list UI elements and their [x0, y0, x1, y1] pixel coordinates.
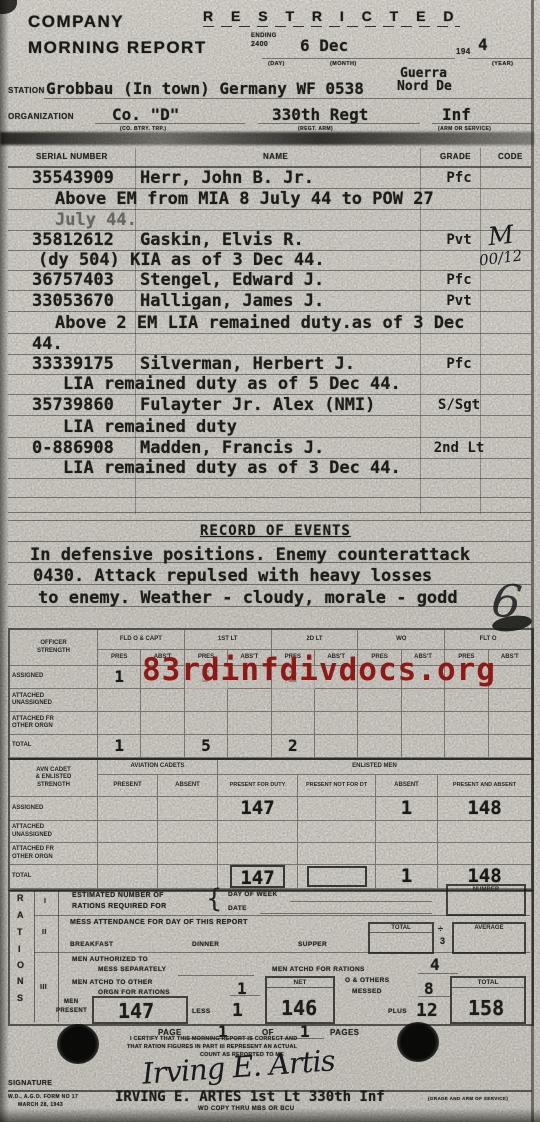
cell-empty	[376, 821, 438, 843]
column-rule	[34, 890, 35, 1022]
rule-line	[258, 123, 420, 124]
subcol-present-not-for-duty: PRESENT NOT FOR DT	[298, 775, 376, 797]
cell-empty	[272, 689, 315, 712]
cell-empty	[445, 735, 488, 758]
cell-empty	[402, 689, 445, 712]
value-cell: 1	[98, 666, 141, 689]
net-label: NET	[267, 979, 333, 988]
year-caption: (YEAR)	[492, 61, 513, 67]
note: Above 2 EM LIA remained duty.as of 3 Dec	[55, 313, 464, 333]
note: Above EM from MIA 8 July 44 to POW 27	[55, 189, 434, 209]
rule-line	[262, 58, 455, 59]
scan-blot-top-left	[0, 0, 17, 14]
roster-header-row: SERIAL NUMBER NAME GRADE CODE	[8, 148, 531, 168]
brace-glyph: {	[206, 884, 223, 914]
rations-total-box: TOTAL 158	[450, 976, 526, 1024]
mess-attendance-title: MESS ATTENDANCE FOR DAY OF THIS REPORT	[70, 919, 248, 926]
value-cell-boxed: 147	[218, 865, 298, 889]
copy-routing-note: WD COPY THRU MBS OR BCU	[198, 1106, 294, 1112]
col-grade: GRADE	[440, 152, 471, 161]
label-line: UNASSIGNED	[12, 700, 52, 707]
label-line: ATTACHED	[12, 693, 44, 700]
grade-arm-caption: (GRADE AND ARM OF SERVICE)	[428, 1096, 508, 1101]
form-title-line1: COMPANY	[28, 12, 124, 32]
col-serial-number: SERIAL NUMBER	[36, 152, 108, 161]
year-digit: 4	[478, 35, 488, 54]
col-1st-lt: 1ST LT	[185, 630, 272, 650]
cell-empty	[438, 821, 532, 843]
cell-empty	[402, 712, 445, 735]
average-label: AVERAGE	[454, 925, 524, 931]
cell-empty	[228, 689, 271, 712]
o-and-others-label1: O & OTHERS	[345, 977, 389, 984]
day-of-week-label: DAY OF WEEK	[228, 891, 278, 898]
label-line: OFFICER	[40, 640, 66, 647]
rations-letter: A	[17, 910, 24, 920]
station-value: Grobbau (In town) Germany WF 0538	[46, 79, 364, 98]
serial: 0-886908	[32, 438, 114, 458]
rule-line	[44, 98, 532, 99]
cell-empty	[315, 689, 358, 712]
rule-line	[230, 995, 260, 996]
handwritten-code-m: M	[487, 220, 516, 252]
cell-empty	[298, 821, 376, 843]
ending-time: 2400	[251, 41, 268, 48]
classification-stamp: R E S T R I C T E D	[203, 8, 460, 27]
note: LIA remained duty as of 5 Dec 44.	[63, 374, 401, 394]
name: Gaskin, Elvis R.	[140, 230, 304, 250]
part-ii-numeral: II	[42, 929, 47, 936]
subcol-absent: ABSENT	[376, 775, 438, 797]
cell-empty	[358, 689, 401, 712]
mess-total-box: TOTAL	[368, 922, 434, 954]
rations-letter: S	[17, 993, 23, 1003]
report-date: 6 Dec	[300, 36, 348, 55]
roster-note-row: LIA remained duty as of 5 Dec 44.	[8, 374, 531, 395]
rule-line	[8, 520, 531, 521]
cell-empty	[158, 821, 218, 843]
rations-letter: N	[17, 976, 24, 986]
subcol-pres: PRES	[98, 650, 141, 666]
cell-empty	[315, 712, 358, 735]
pages-label: PAGES	[330, 1028, 359, 1037]
roster-row: 35543909 Herr, John B. Jr. Pfc	[8, 168, 531, 189]
row-attached-fr-other: ATTACHED FR OTHER ORGN	[10, 712, 98, 735]
rations-letter: O	[17, 960, 24, 970]
note: (dy 504) KIA as of 3 Dec 44.	[38, 250, 325, 270]
col-code: CODE	[498, 152, 523, 161]
roster-note-row: (dy 504) KIA as of 3 Dec 44.	[8, 250, 531, 271]
roster-row: 33053670 Halligan, James J. Pvt	[8, 291, 531, 312]
value: 147	[230, 865, 284, 888]
roster-note-row: LIA remained duty	[8, 417, 531, 438]
cell-empty	[158, 843, 218, 865]
cell-empty	[98, 689, 141, 712]
cell-empty	[158, 797, 218, 821]
month-caption: (MONTH)	[330, 61, 357, 67]
note: July 44.	[55, 210, 137, 230]
cell-empty	[185, 689, 228, 712]
cell-empty	[98, 712, 141, 735]
total-label: TOTAL	[452, 979, 524, 988]
rule-line	[178, 975, 254, 976]
rule-line	[418, 973, 458, 974]
cell-empty	[298, 797, 376, 821]
events-line3: to enemy. Weather - cloudy, morale - god…	[38, 588, 458, 608]
row-total: TOTAL	[10, 735, 98, 758]
grade: 2nd Lt	[432, 438, 486, 458]
col-fldo-capt: FLD O & CAPT	[98, 630, 185, 650]
cell-empty	[445, 689, 488, 712]
enlisted-strength-header: AVN CADET & ENLISTED STRENGTH	[10, 760, 98, 797]
certify-line1: I CERTIFY THAT THIS MORNING REPORT IS CO…	[130, 1036, 297, 1042]
roster-note-row: Above 2 EM LIA remained duty.as of 3 Dec	[8, 313, 531, 334]
rule-line	[290, 901, 432, 902]
cell-empty	[402, 735, 445, 758]
total-label: TOTAL	[370, 925, 432, 933]
punch-hole-left	[57, 1024, 99, 1064]
label-line: ATTACHED FR	[12, 716, 54, 723]
officer-strength-header: OFFICER STRENGTH	[10, 630, 98, 666]
cell-empty	[98, 821, 158, 843]
name: Herr, John B. Jr.	[140, 168, 314, 188]
serial: 35543909	[32, 168, 114, 188]
label-line: ATTACHED FR	[12, 846, 54, 853]
atchd-other-label1: MEN ATCHD TO OTHER	[72, 979, 153, 986]
roster-note-row: 44.	[8, 334, 531, 355]
men-present-value: 147	[118, 999, 154, 1023]
name: Halligan, James J.	[140, 291, 324, 311]
atchd-other-label2: ORGN FOR RATIONS	[98, 989, 170, 996]
punch-hole-right	[397, 1022, 439, 1062]
cell-empty	[272, 712, 315, 735]
name: Fulayter Jr. Alex (NMI)	[140, 395, 375, 415]
cell-empty	[98, 843, 158, 865]
note: LIA remained duty	[63, 417, 237, 437]
value-cell: 1	[98, 735, 141, 758]
rations-letter: I	[18, 944, 21, 954]
cell-empty	[489, 689, 532, 712]
value-cell: 1	[376, 865, 438, 889]
rule-line	[8, 606, 531, 607]
rule-line	[8, 497, 531, 498]
cell-empty	[218, 843, 298, 865]
plus-label: PLUS	[388, 1008, 407, 1015]
rations-estimated-label2: RATIONS REQUIRED FOR	[72, 903, 167, 910]
organization-arm: Inf	[442, 105, 471, 124]
number-box: NUMBER	[446, 884, 526, 916]
serial: 35812612	[32, 230, 114, 250]
label-line: UNASSIGNED	[12, 832, 52, 839]
cell-empty	[185, 712, 228, 735]
cell-empty	[358, 712, 401, 735]
men-atchd-rations-value: 4	[430, 955, 440, 974]
part-i-numeral: I	[44, 898, 46, 905]
dinner-label: DINNER	[192, 941, 219, 948]
cell-empty	[489, 712, 532, 735]
value-cell: 148	[438, 797, 532, 821]
name: Stengel, Edward J.	[140, 270, 324, 290]
value-cell: 147	[218, 797, 298, 821]
name: Madden, Francis J.	[140, 438, 324, 458]
enlisted-strength-table: AVN CADET & ENLISTED STRENGTH AVIATION C…	[8, 758, 534, 891]
row-assigned: ASSIGNED	[10, 797, 98, 821]
cell-empty	[218, 821, 298, 843]
hand-drawn-box	[307, 866, 367, 887]
rule-line	[418, 996, 450, 997]
handwritten-signature: Irving E. Artis	[141, 1043, 336, 1090]
events-title: RECORD OF EVENTS	[200, 523, 351, 539]
men-present-box: 147	[92, 996, 188, 1024]
typed-signature: IRVING E. ARTES 1st Lt 330th Inf	[115, 1089, 385, 1105]
grade: Pvt	[432, 291, 486, 311]
note: LIA remained duty as of 3 Dec 44.	[63, 458, 401, 478]
men-authorized-label1: MEN AUTHORIZED TO	[72, 956, 148, 963]
rations-letter: R	[17, 893, 24, 903]
divisor-three: 3	[440, 936, 445, 946]
cell-empty	[228, 712, 271, 735]
subcol-present-and-absent: PRESENT AND ABSENT	[438, 775, 532, 797]
rule-line	[468, 58, 532, 59]
less-value: 1	[232, 1000, 243, 1021]
cell-empty	[376, 843, 438, 865]
label-line: OTHER ORGN	[12, 723, 53, 730]
value-cell: 2	[272, 735, 315, 758]
name: Silverman, Herbert J.	[140, 354, 355, 374]
label-line: & ENLISTED	[36, 774, 72, 781]
station-note-line2: Nord De	[397, 79, 452, 94]
station-label: STATION	[8, 86, 45, 95]
subcol-absent: ABSENT	[158, 775, 218, 797]
men-present-label2: PRESENT	[56, 1008, 87, 1014]
cell-empty	[358, 735, 401, 758]
organization-regiment: 330th Regt	[272, 105, 368, 124]
roster-note-row: Above EM from MIA 8 July 44 to POW 27	[8, 189, 531, 210]
grade: Pvt	[432, 230, 486, 250]
label-line: OTHER ORGN	[12, 854, 53, 861]
events-line2: 0430. Attack repulsed with heavy losses	[33, 566, 432, 586]
row-assigned: ASSIGNED	[10, 666, 98, 689]
rule-line	[8, 512, 531, 513]
rule-line	[8, 584, 531, 585]
rations-estimated-label1: ESTIMATED NUMBER OF	[72, 892, 164, 899]
cell-empty	[228, 735, 271, 758]
divide-sign: ÷	[438, 924, 443, 934]
cell-empty	[98, 865, 158, 889]
row-attached-unassigned: ATTACHED UNASSIGNED	[10, 689, 98, 712]
roster-row: 33339175 Silverman, Herbert J. Pfc	[8, 354, 531, 375]
serial: 36757403	[32, 270, 114, 290]
cell-empty	[438, 843, 532, 865]
serial: 33339175	[32, 354, 114, 374]
subcol-present-for-duty: PRESENT FOR DUTY	[218, 775, 298, 797]
form-number: W.D., A.G.O. FORM NO 17	[8, 1094, 78, 1100]
cell-empty	[489, 735, 532, 758]
roster-row: 36757403 Stengel, Edward J. Pfc	[8, 270, 531, 291]
cell-empty	[141, 689, 184, 712]
organization-unit: Co. "D"	[112, 105, 179, 124]
row-attached-fr-other: ATTACHED FR OTHER ORGN	[10, 843, 98, 865]
group-enlisted-men: ENLISTED MEN	[218, 760, 532, 775]
roster-note-row: July 44.	[8, 210, 531, 231]
rule-line	[95, 123, 245, 124]
rule-line	[260, 913, 432, 914]
col-flt-o: FLT O	[445, 630, 532, 650]
label-line: STRENGTH	[37, 782, 70, 789]
label-line: ATTACHED	[12, 824, 44, 831]
part-iii-numeral: III	[40, 984, 47, 991]
breakfast-label: BREAKFAST	[70, 941, 113, 948]
men-atchd-rations-label: MEN ATCHD FOR RATIONS	[272, 966, 365, 973]
subcol-present: PRESENT	[98, 775, 158, 797]
less-label: LESS	[192, 1008, 211, 1015]
rule-line	[8, 541, 531, 542]
column-rule	[58, 890, 59, 1022]
roster-row: 0-886908 Madden, Francis J. 2nd Lt	[8, 438, 531, 459]
day-caption: (DAY)	[268, 61, 285, 67]
serial: 33053670	[32, 291, 114, 311]
cell-empty	[315, 735, 358, 758]
o-and-others-label2: MESSED	[352, 988, 382, 995]
cell-empty	[298, 843, 376, 865]
officer-strength-table: OFFICER STRENGTH FLD O & CAPT 1ST LT 2D …	[8, 628, 534, 760]
total-value: 158	[468, 996, 504, 1020]
ending-label: ENDING	[251, 33, 277, 39]
number-label: NUMBER	[448, 887, 524, 893]
grade: S/Sgt	[432, 395, 486, 415]
roster-note-row: LIA remained duty as of 3 Dec 44.	[8, 458, 531, 479]
cell-empty	[141, 712, 184, 735]
grade: Pfc	[432, 168, 486, 188]
group-aviation-cadets: AVIATION CADETS	[98, 760, 218, 775]
men-present-label1: MEN	[64, 999, 79, 1005]
average-box: AVERAGE	[452, 922, 526, 954]
serial: 35739860	[32, 395, 114, 415]
supper-label: SUPPER	[298, 941, 327, 948]
year-prefix: 194	[456, 47, 471, 56]
value-cell: 1	[376, 797, 438, 821]
date-label: DATE	[228, 905, 247, 912]
rule-line	[432, 123, 532, 124]
organization-label: ORGANIZATION	[8, 112, 74, 121]
rations-letter: T	[17, 927, 23, 937]
note: 44.	[32, 334, 63, 354]
grade: Pfc	[432, 270, 486, 290]
net-box: NET 146	[265, 976, 335, 1024]
row-attached-unassigned: ATTACHED UNASSIGNED	[10, 821, 98, 843]
label-line: AVN CADET	[36, 767, 71, 774]
morning-report-scan: R E S T R I C T E D COMPANY MORNING REPO…	[0, 0, 540, 1122]
grade: Pfc	[432, 354, 486, 374]
plus-value: 12	[416, 1000, 438, 1021]
roster-row: 35739860 Fulayter Jr. Alex (NMI) S/Sgt	[8, 395, 531, 416]
cell-empty	[98, 797, 158, 821]
col-2d-lt: 2D LT	[272, 630, 359, 650]
cell-empty	[445, 712, 488, 735]
website-watermark: 83rdinfdivdocs.org	[142, 652, 496, 688]
cell-empty	[141, 735, 184, 758]
label-line: STRENGTH	[37, 648, 70, 655]
men-authorized-label2: MESS SEPARATELY	[98, 966, 166, 973]
net-value: 146	[281, 996, 317, 1020]
value-cell: 5	[185, 735, 228, 758]
signature-label: SIGNATURE	[8, 1080, 52, 1087]
scan-smudge-band	[0, 132, 534, 145]
col-name: NAME	[263, 152, 288, 161]
col-wo: WO	[358, 630, 445, 650]
cell-empty-boxed	[298, 865, 376, 889]
form-date: MARCH 28, 1943	[18, 1102, 63, 1108]
row-total: TOTAL	[10, 865, 98, 889]
form-title-line2: MORNING REPORT	[28, 38, 207, 58]
rule-line	[8, 562, 531, 563]
roster-row: 35812612 Gaskin, Elvis R. Pvt	[8, 230, 531, 251]
